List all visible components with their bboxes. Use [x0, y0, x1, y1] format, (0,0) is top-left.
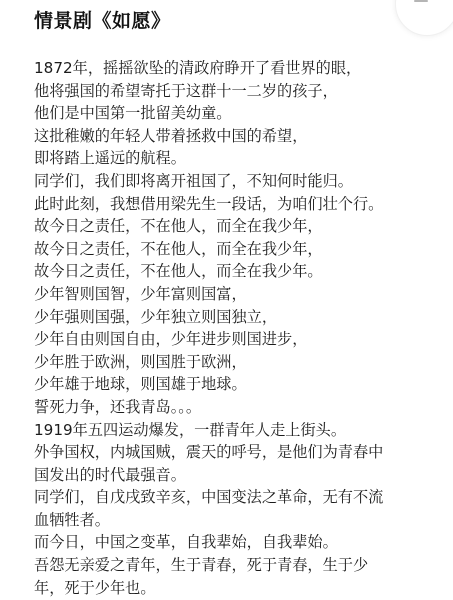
text-line: 少年自由则国自由，少年进步则国进步， [34, 328, 419, 351]
text-line: 此时此刻，我想借用梁先生一段话，为咱们壮个行。 [34, 193, 419, 216]
text-line: 同学们，我们即将离开祖国了，不知何时能归。 [34, 170, 419, 193]
text-line: 故今日之责任，不在他人，而全在我少年。 [34, 260, 419, 283]
text-line: 他们是中国第一批留美幼童。 [34, 102, 419, 125]
text-line: 少年智则国智，少年富则国富， [34, 283, 419, 306]
text-line: 少年雄于地球，则国雄于地球。 [34, 373, 419, 396]
text-line: 吾怨无亲爱之青年，生于青春，死于青春，生于少 [34, 554, 419, 577]
text-line: 年，死于少年也。 [34, 577, 419, 600]
text-line: 故今日之责任，不在他人，而全在我少年， [34, 238, 419, 261]
minus-icon [414, 0, 428, 2]
text-line: 故今日之责任，不在他人，而全在我少年， [34, 215, 419, 238]
text-line: 1872年，摇摇欲坠的清政府睁开了看世界的眼， [34, 57, 419, 80]
text-line: 同学们，自戊戌致辛亥，中国变法之革命，无有不流 [34, 486, 419, 509]
text-line: 即将踏上遥远的航程。 [34, 147, 419, 170]
text-line: 誓死力争，还我青岛。。。 [34, 396, 419, 419]
document-title: 情景剧《如愿》 [34, 6, 171, 33]
text-line: 1919年五四运动爆发，一群青年人走上街头。 [34, 419, 419, 442]
text-line: 他将强国的希望寄托于这群十一二岁的孩子， [34, 80, 419, 103]
corner-collapse-button[interactable] [395, 0, 453, 36]
text-line: 少年胜于欧洲，则国胜于欧洲， [34, 351, 419, 374]
text-line: 而今日，中国之变革，自我辈始，自我辈始。 [34, 531, 419, 554]
script-body: 1872年，摇摇欲坠的清政府睁开了看世界的眼， 他将强国的希望寄托于这群十一二岁… [34, 57, 419, 599]
text-line: 外争国权，内城国贼，震天的呼号，是他们为青春中 [34, 441, 419, 464]
text-line: 血牺牲者。 [34, 509, 419, 532]
text-line: 少年强则国强，少年独立则国独立， [34, 306, 419, 329]
text-line: 国发出的时代最强音。 [34, 464, 419, 487]
text-line: 这批稚嫩的年轻人带着拯救中国的希望， [34, 125, 419, 148]
